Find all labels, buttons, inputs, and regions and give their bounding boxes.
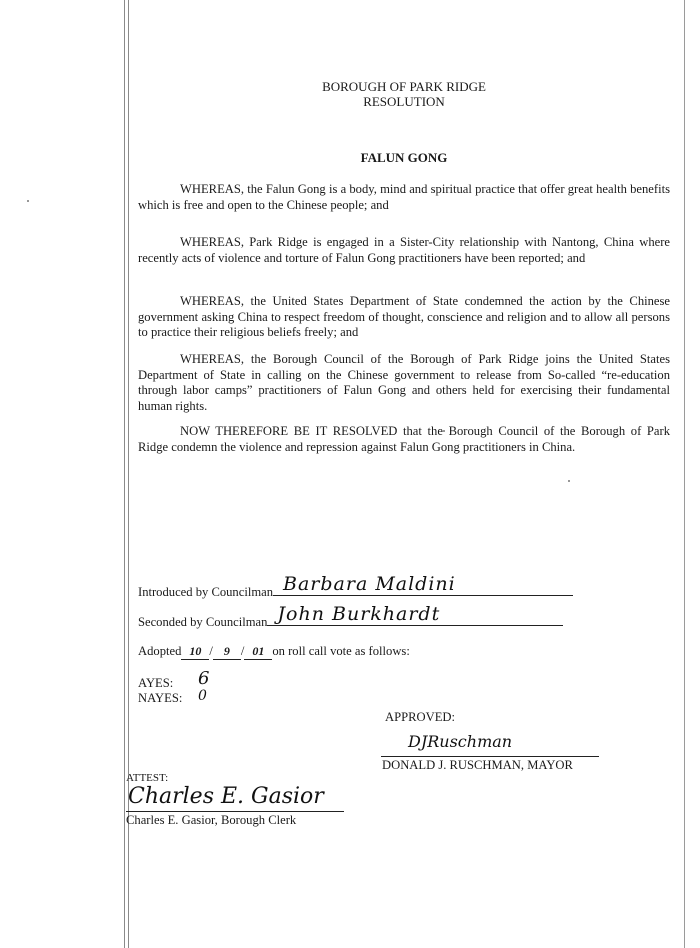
nayes-count: 0 bbox=[198, 688, 207, 704]
adopted-line: Adopted10/9/01on roll call vote as follo… bbox=[138, 644, 410, 660]
mayor-signature: DJRuschman bbox=[408, 732, 512, 751]
borough-heading: BOROUGH OF PARK RIDGE bbox=[138, 79, 670, 95]
clerk-signature-line bbox=[126, 811, 344, 812]
mayor-name: DONALD J. RUSCHMAN, MAYOR bbox=[382, 758, 573, 773]
introduced-signature: Barbara Maldini bbox=[283, 573, 456, 595]
attest-label: ATTEST: bbox=[126, 772, 168, 784]
margin-rule-left-outer bbox=[124, 0, 125, 948]
whereas-paragraph-2: WHEREAS, Park Ridge is engaged in a Sist… bbox=[138, 235, 670, 266]
seconded-signature: John Burkhardt bbox=[277, 603, 440, 625]
mayor-signature-line bbox=[381, 756, 599, 757]
seconded-signature-field: John Burkhardt bbox=[267, 611, 563, 626]
document-title: FALUN GONG bbox=[138, 150, 670, 166]
margin-rule-right bbox=[684, 0, 685, 948]
adopted-month: 10 bbox=[181, 644, 209, 660]
nayes-label: NAYES: bbox=[138, 691, 182, 706]
adopted-day: 9 bbox=[213, 644, 241, 660]
scan-speck bbox=[568, 480, 570, 482]
approved-label: APPROVED: bbox=[385, 710, 455, 725]
seconded-label: Seconded by Councilman bbox=[138, 615, 267, 629]
seconded-by-line: Seconded by CouncilmanJohn Burkhardt bbox=[138, 611, 563, 630]
scan-speck bbox=[27, 200, 29, 202]
introduced-by-line: Introduced by CouncilmanBarbara Maldini bbox=[138, 581, 573, 600]
adopted-suffix: on roll call vote as follows: bbox=[272, 644, 409, 658]
adopted-label: Adopted bbox=[138, 644, 181, 658]
resolved-paragraph: NOW THEREFORE BE IT RESOLVED that the Bo… bbox=[138, 424, 670, 455]
clerk-signature: Charles E. Gasior bbox=[128, 784, 324, 809]
introduced-label: Introduced by Councilman bbox=[138, 585, 273, 599]
clerk-name: Charles E. Gasior, Borough Clerk bbox=[126, 813, 296, 828]
ayes-count: 6 bbox=[198, 668, 209, 689]
whereas-paragraph-3: WHEREAS, the United States Department of… bbox=[138, 294, 670, 341]
resolution-heading: RESOLUTION bbox=[138, 94, 670, 110]
adopted-year: 01 bbox=[244, 644, 272, 660]
introduced-signature-field: Barbara Maldini bbox=[273, 581, 573, 596]
whereas-paragraph-1: WHEREAS, the Falun Gong is a body, mind … bbox=[138, 182, 670, 213]
whereas-paragraph-4: WHEREAS, the Borough Council of the Boro… bbox=[138, 352, 670, 414]
ayes-label: AYES: bbox=[138, 676, 173, 691]
